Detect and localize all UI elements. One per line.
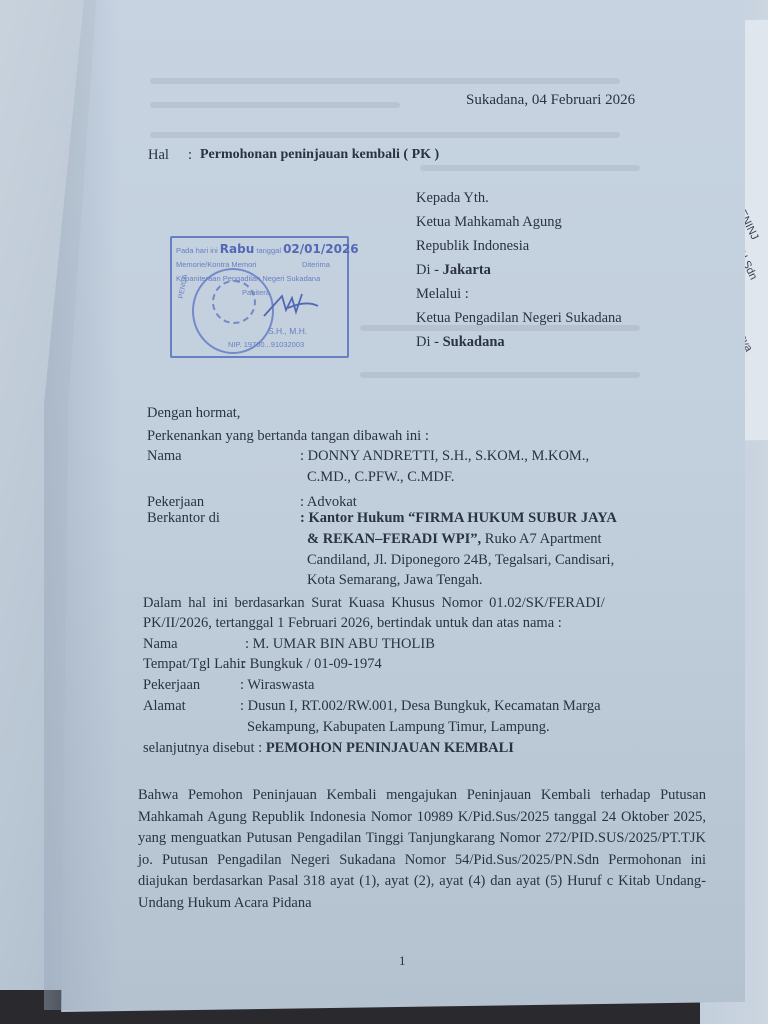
field-label: Nama xyxy=(143,636,178,653)
stamp-handwritten-day: Rabu xyxy=(220,242,254,256)
stamp-text: tanggal xyxy=(256,246,281,255)
subject-label: Hal xyxy=(148,147,169,164)
recipient-place: Sukadana xyxy=(443,334,505,350)
office-name: : Kantor Hukum “FIRMA HUKUM SUBUR JAYA xyxy=(300,510,617,527)
subject-value: Permohonan peninjauan kembali ( PK ) xyxy=(200,147,439,163)
recipient-line: Ketua Mahkamah Agung xyxy=(416,214,562,231)
subject-separator: : xyxy=(188,147,192,164)
place-date: Sukadana, 04 Februari 2026 xyxy=(466,92,635,109)
stamp-text: Kepaniteraan Pengadilan Negeri Sukadana xyxy=(176,274,320,283)
court-receipt-stamp: Pada hari ini Rabu tanggal 02/01/2026 Me… xyxy=(170,236,349,358)
bleed-through-line xyxy=(150,78,620,84)
field-label: Berkantor di xyxy=(147,510,220,527)
signature-icon xyxy=(262,290,322,320)
designation-prefix: selanjutnya disebut : xyxy=(143,740,266,756)
seal-emblem-icon xyxy=(212,280,256,324)
client-job: : Wiraswasta xyxy=(240,677,314,694)
office-name-cont: & REKAN–FERADI WPI”, xyxy=(307,531,481,547)
greeting: Dengan hormat, xyxy=(147,405,240,422)
office-address: Ruko A7 Apartment xyxy=(481,531,601,547)
intro-text: Perkenankan yang bertanda tangan dibawah… xyxy=(147,428,429,445)
stamp-text: S.H., M.H. xyxy=(268,326,307,336)
recipient-line: Melalui : xyxy=(416,286,469,303)
representative-name-cont: C.MD., C.PFW., C.MDF. xyxy=(307,469,454,486)
page-number: 1 xyxy=(399,953,406,969)
office-address: Kota Semarang, Jawa Tengah. xyxy=(307,572,482,589)
authority-line: Dalam hal ini berdasarkan Surat Kuasa Kh… xyxy=(143,595,605,612)
recipient-line: Kepada Yth. xyxy=(416,190,489,207)
recipient-line: Di - Sukadana xyxy=(416,334,505,351)
body-paragraph: Bahwa Pemohon Peninjauan Kembali mengaju… xyxy=(138,785,706,914)
stamp-text: Memorie/Kontra Memori xyxy=(176,260,256,269)
client-birth: : Bungkuk / 01-09-1974 xyxy=(242,656,382,673)
stamp-text: Diterima xyxy=(302,260,330,269)
stamp-handwritten-date: 02/01/2026 xyxy=(283,242,359,256)
office-address: Candiland, Jl. Diponegoro 24B, Tegalsari… xyxy=(307,552,614,569)
bleed-through-line xyxy=(360,372,640,378)
bleed-through-line xyxy=(420,165,640,171)
field-label: Nama xyxy=(147,448,182,465)
designation-value: PEMOHON PENINJAUAN KEMBALI xyxy=(266,740,514,756)
field-label: Alamat xyxy=(143,698,186,715)
representative-job: : Advokat xyxy=(300,494,357,511)
field-label: Pekerjaan xyxy=(143,677,200,694)
client-name: : M. UMAR BIN ABU THOLIB xyxy=(245,636,435,653)
client-address-cont: Sekampung, Kabupaten Lampung Timur, Lamp… xyxy=(247,719,550,736)
recipient-line: Ketua Pengadilan Negeri Sukadana xyxy=(416,310,622,327)
recipient-prefix: Di - xyxy=(416,262,439,278)
stamp-text: NIP. 19700...91032003 xyxy=(228,340,304,349)
bleed-through-line xyxy=(150,132,620,138)
authority-line: PK/II/2026, tertanggal 1 Februari 2026, … xyxy=(143,615,562,632)
recipient-place: Jakarta xyxy=(443,262,491,278)
field-label: Tempat/Tgl Lahir xyxy=(143,656,245,673)
field-label: Pekerjaan xyxy=(147,494,204,511)
bleed-through-line xyxy=(150,102,400,108)
stamp-text: Pada hari ini xyxy=(176,246,218,255)
recipient-prefix: Di - xyxy=(416,334,439,350)
client-address: : Dusun I, RT.002/RW.001, Desa Bungkuk, … xyxy=(240,698,601,715)
office-line: & REKAN–FERADI WPI”, Ruko A7 Apartment xyxy=(307,531,602,548)
recipient-line: Republik Indonesia xyxy=(416,238,529,255)
recipient-line: Di - Jakarta xyxy=(416,262,491,279)
designation: selanjutnya disebut : PEMOHON PENINJAUAN… xyxy=(143,740,514,757)
representative-name: : DONNY ANDRETTI, S.H., S.KOM., M.KOM., xyxy=(300,448,589,465)
